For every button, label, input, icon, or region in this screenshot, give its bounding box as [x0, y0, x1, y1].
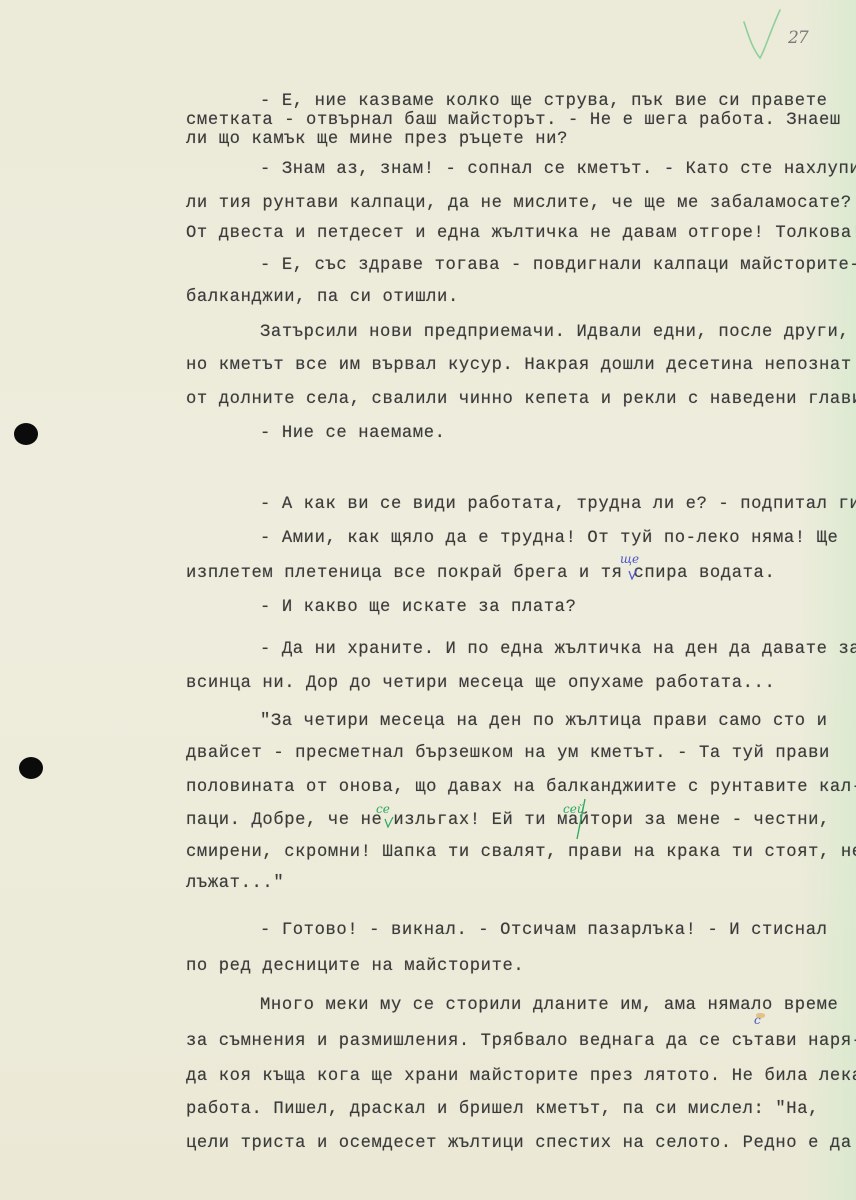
text-line: От двеста и петдесет и една жълтичка не …	[186, 224, 856, 243]
text-line: ли тия рунтави калпаци, да не мислите, ч…	[186, 194, 852, 213]
text-line: - Знам аз, знам! - сопнал се кметът. - К…	[260, 160, 856, 179]
checkmark-icon	[740, 8, 784, 64]
text-line: Много меки му се сторили дланите им, ама…	[260, 996, 838, 1015]
caret-mark-icon	[628, 568, 638, 580]
punch-hole-top	[14, 423, 38, 445]
text-line: всинца ни. Дор до четири месеца ще опуха…	[186, 674, 775, 693]
text-line: балканджии, па си отишли.	[186, 288, 459, 307]
text-line: - Амии, как щяло да е трудна! От туй по-…	[260, 529, 838, 548]
handwritten-insert-shte: ще	[620, 553, 639, 565]
caret-mark-icon	[384, 816, 394, 828]
text-line: - Е, ние казваме колко ще струва, пък ви…	[260, 92, 828, 111]
text-line: от долните села, свалили чинно кепета и …	[186, 390, 856, 409]
text-line: смирени, скромни! Шапка ти свалят, прави…	[186, 843, 856, 862]
text-line: - Е, със здраве тогава - повдигнали калп…	[260, 256, 856, 275]
text-line: "За четири месеца на ден по жълтица прав…	[260, 712, 828, 731]
text-line: - Ние се наемаме.	[260, 424, 446, 443]
text-line: паци. Добре, че не изльгах! Ей ти майтор…	[186, 811, 830, 830]
text-line: Затърсили нови предприемачи. Идвали едни…	[260, 323, 849, 342]
text-line: ли що камък ще мине през ръцете ни?	[186, 130, 568, 149]
text-line: цели триста и осемдесет жълтици спестих …	[186, 1134, 852, 1153]
text-line: но кметът все им вървал кусур. Накрая до…	[186, 356, 852, 375]
stain-mark	[756, 1013, 765, 1018]
text-line: по ред десниците на майсторите.	[186, 957, 524, 976]
text-line: работа. Пишел, драскал и бришел кметът, …	[186, 1100, 819, 1119]
text-line: сметката - отвърнал баш майсторът. - Не …	[186, 111, 841, 130]
text-line: - Да ни храните. И по една жълтичка на д…	[260, 640, 856, 659]
text-line: изплетем плетеница все покрай брега и тя…	[186, 564, 775, 583]
handwritten-insert-se: се	[376, 803, 390, 815]
correction-stroke-icon	[575, 798, 587, 840]
punch-hole-bottom	[19, 757, 43, 779]
text-line: - И какво ще искате за плата?	[260, 598, 577, 617]
document-page: 27 - Е, ние казваме колко ще струва, пък…	[0, 0, 856, 1200]
text-line: лъжат..."	[186, 874, 284, 893]
text-line: - Готово! - викнал. - Отсичам пазарлъка!…	[260, 921, 828, 940]
text-line: за съмнения и размишления. Трябвало ведн…	[186, 1032, 856, 1051]
text-line: половината от онова, що давах на балканд…	[186, 778, 856, 797]
text-line: - А как ви се види работата, трудна ли е…	[260, 495, 856, 514]
text-line: да коя къща кога ще храни майсторите пре…	[186, 1067, 856, 1086]
text-line: двайсет - пресметнал бързешком на ум кме…	[186, 744, 830, 763]
page-number: 27	[788, 28, 808, 48]
